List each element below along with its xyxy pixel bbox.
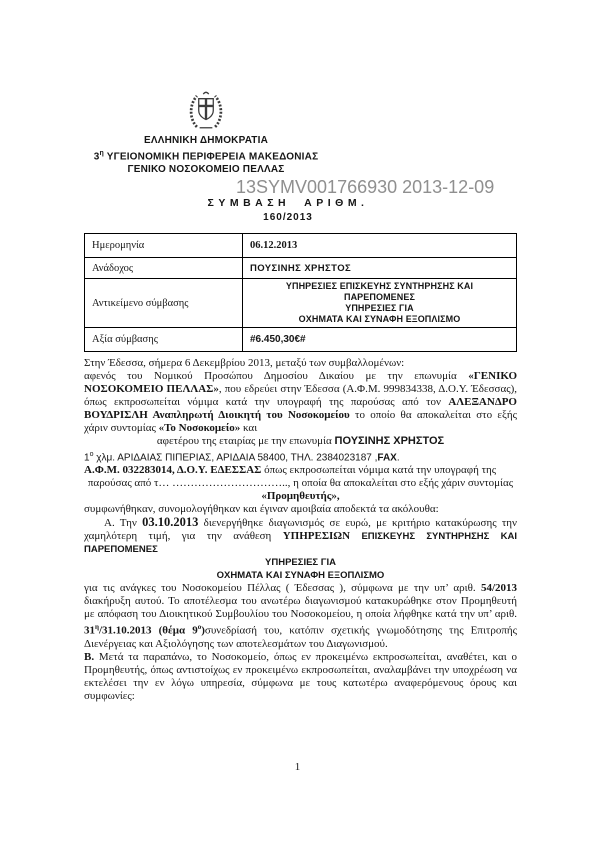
row-label: Ανάδοχος [85, 258, 243, 279]
subject-line: ΥΠΗΡΕΣΙΕΣ ΕΠΙΣΚΕΥΗΣ ΣΥΝΤΗΡΗΣΗΣ ΚΑΙ ΠΑΡΕΠ… [250, 281, 509, 303]
row-label: Αντικείμενο σύμβασης [85, 279, 243, 328]
subject-line: ΥΠΗΡΕΣΙΕΣ ΓΙΑ [250, 303, 509, 314]
paragraph-award: για τις ανάγκες του Νοσοκομείου Πέλλας (… [84, 582, 517, 651]
coat-of-arms-emblem [20, 88, 392, 134]
table-row-subject: Αντικείμενο σύμβασης ΥΠΗΡΕΣΙΕΣ ΕΠΙΣΚΕΥΗΣ… [85, 279, 517, 328]
contract-title: ΣΥΜΒΑΣΗ ΑΡΙΘΜ. 160/2013 [70, 197, 506, 223]
table-row-date: Ημερομηνία 06.12.2013 [85, 234, 517, 258]
paragraph-party-b: αφετέρου της εταιρίας με την επωνυμία ΠΟ… [84, 435, 517, 448]
org-region-line: 3η ΥΓΕΙΟΝΟΜΙΚΗ ΠΕΡΙΦΕΡΕΙΑ ΜΑΚΕΔΟΝΙΑΣ [20, 147, 392, 163]
contract-number: 160/2013 [70, 212, 506, 223]
paragraph-dots: παρούσας από τ… ………………………….., η οποία θα… [84, 477, 517, 490]
row-label: Ημερομηνία [85, 234, 243, 258]
contract-body: Στην Έδεσσα, σήμερα 6 Δεκεμβρίου 2013, μ… [84, 357, 517, 703]
paragraph-party-a: αφενός του Νομικού Προσώπου Δημοσίου Δικ… [84, 370, 517, 435]
paragraph-address: 1ο χλμ. ΑΡΙΔΑΙΑΣ ΠΙΠΕΡΙΑΣ, ΑΡΙΔΑΙΑ 58400… [84, 448, 517, 464]
section-a-service-line: ΥΠΗΡΕΣΙΕΣ ΓΙΑ [84, 556, 517, 569]
registry-code: 13SYMV001766930 2013-12-09 [236, 177, 494, 198]
row-value: ΠΟΥΣΙΝΗΣ ΧΡΗΣΤΟΣ [243, 258, 517, 279]
letterhead: ΕΛΛΗΝΙΚΗ ΔΗΜΟΚΡΑΤΙΑ 3η ΥΓΕΙΟΝΟΜΙΚΗ ΠΕΡΙΦ… [20, 88, 392, 176]
section-a-service-line: ΟΧΗΜΑΤΑ ΚΑΙ ΣΥΝΑΦΗ ΕΞΟΠΛΙΣΜΟ [84, 569, 517, 582]
paragraph-section-b: Β. Μετά τα παραπάνω, το Νοσοκομείο, όπως… [84, 651, 517, 703]
table-row-amount: Αξία σύμβασης #6.450,30€# [85, 328, 517, 352]
paragraph-supplier-alias: «Προμηθευτής», [84, 490, 517, 503]
org-hospital-line: ΓΕΝΙΚΟ ΝΟΣΟΚΟΜΕΙΟ ΠΕΛΛΑΣ [20, 163, 392, 176]
contract-summary-table: Ημερομηνία 06.12.2013 Ανάδοχος ΠΟΥΣΙΝΗΣ … [84, 233, 517, 352]
paragraph-afm: Α.Φ.Μ. 032283014, Δ.Ο.Υ. ΕΔΕΣΣΑΣ όπως εκ… [84, 464, 517, 477]
contract-title-main: ΣΥΜΒΑΣΗ ΑΡΙΘΜ. [70, 197, 506, 209]
subject-line: ΟΧΗΜΑΤΑ ΚΑΙ ΣΥΝΑΦΗ ΕΞΟΠΛΙΣΜΟ [250, 314, 509, 325]
row-value: ΥΠΗΡΕΣΙΕΣ ΕΠΙΣΚΕΥΗΣ ΣΥΝΤΗΡΗΣΗΣ ΚΑΙ ΠΑΡΕΠ… [243, 279, 517, 328]
page-number: 1 [0, 761, 595, 773]
paragraph-intro: Στην Έδεσσα, σήμερα 6 Δεκεμβρίου 2013, μ… [84, 357, 517, 370]
row-label: Αξία σύμβασης [85, 328, 243, 352]
paragraph-section-a: Α. Την 03.10.2013 διενεργήθηκε διαγωνισμ… [84, 516, 517, 556]
row-value: #6.450,30€# [243, 328, 517, 352]
document-page: ΕΛΛΗΝΙΚΗ ΔΗΜΟΚΡΑΤΙΑ 3η ΥΓΕΙΟΝΟΜΙΚΗ ΠΕΡΙΦ… [0, 0, 595, 842]
table-row-contractor: Ανάδοχος ΠΟΥΣΙΝΗΣ ΧΡΗΣΤΟΣ [85, 258, 517, 279]
row-value: 06.12.2013 [243, 234, 517, 258]
org-republic-line: ΕΛΛΗΝΙΚΗ ΔΗΜΟΚΡΑΤΙΑ [20, 134, 392, 147]
